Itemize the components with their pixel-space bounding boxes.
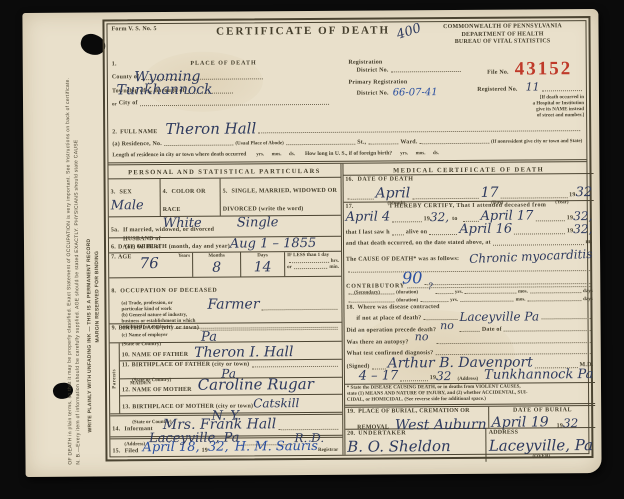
dotted-line bbox=[391, 71, 462, 72]
mother-label: NAME OF MOTHER bbox=[132, 386, 192, 394]
registered-no-value: 11 bbox=[526, 80, 540, 93]
disease-questions-section: 18. Where was disease contracted if not … bbox=[344, 302, 595, 358]
dotted-line bbox=[140, 103, 329, 105]
certify-from-year: 32, bbox=[430, 210, 449, 224]
occupation-no: 8. bbox=[111, 288, 116, 294]
dotted-line bbox=[501, 197, 568, 198]
sex-label: SEX bbox=[120, 189, 132, 195]
primary-registration-label: District No. bbox=[349, 90, 389, 98]
duration-question-mark: ? bbox=[428, 282, 433, 292]
age-no: 7. bbox=[111, 254, 116, 276]
dotted-line bbox=[420, 143, 489, 144]
occurred-label: and that death occurred, on the date sta… bbox=[346, 240, 491, 249]
m-label: m. bbox=[586, 239, 593, 247]
fullname-no: 2. bbox=[112, 129, 117, 137]
mother-value: Caroline Rugar bbox=[198, 375, 314, 394]
dod-month-value: April bbox=[375, 185, 410, 201]
margin-note: MARGIN RESERVED FOR BINDING bbox=[94, 251, 101, 343]
where-value: Laceyville Pa bbox=[459, 309, 539, 324]
occupation-value: Farmer bbox=[207, 296, 259, 312]
min-label: min. bbox=[329, 265, 339, 271]
age-months-value: 8 bbox=[195, 260, 238, 276]
cause-of-death-section: The CAUSE OF DEATH* was as follows: Chro… bbox=[344, 248, 595, 283]
birthplace-value: Pa bbox=[201, 329, 217, 344]
filed-no: 15. bbox=[112, 448, 120, 456]
dotted-line bbox=[542, 90, 582, 91]
certify-from-value: April 4 bbox=[346, 209, 391, 224]
father-value: Theron I. Hall bbox=[194, 344, 293, 361]
form-number: Form V. S. No. 5 bbox=[111, 26, 211, 34]
date-of-death-section: 16. DATE OF DEATH April 17 19 32 bbox=[343, 173, 594, 202]
length-units: yrs. mos. ds. bbox=[256, 152, 295, 158]
dotted-line bbox=[278, 429, 338, 430]
dotted-line bbox=[436, 342, 591, 344]
to-label: to bbox=[452, 216, 457, 224]
or-label: or bbox=[112, 102, 117, 108]
father-no: 10. bbox=[122, 352, 130, 360]
dotted-line bbox=[412, 197, 479, 198]
dotted-line bbox=[368, 143, 398, 144]
undertaker-cell: 20. UNDERTAKER B. O. Sheldon bbox=[345, 428, 487, 462]
dod-no: 16. bbox=[345, 177, 353, 185]
dod-year-value: 32 bbox=[576, 185, 593, 200]
informant-addr-value2: R. D. bbox=[294, 431, 324, 445]
undertaker-no: 20. bbox=[347, 430, 355, 438]
margin-note: N. B.—Every item of information should b… bbox=[73, 139, 81, 464]
registration-district-label: District No. bbox=[348, 67, 388, 75]
burial-place-label: PLACE OF BURIAL, CREMATION OR bbox=[358, 407, 470, 415]
howlong-units: yrs. mos. ds. bbox=[400, 151, 439, 157]
contributory-section: CONTRIBUTORY (Secondary) (duration) yrs.… bbox=[344, 281, 595, 304]
dotted-line bbox=[164, 145, 233, 146]
undertaker-address-cell: ADDRESS Laceyville, Pa (OVER) bbox=[487, 428, 596, 462]
place-of-death-label: PLACE OF DEATH bbox=[117, 60, 331, 69]
dotted-line bbox=[392, 221, 421, 222]
city-label: City of bbox=[119, 100, 138, 108]
dotted-line bbox=[286, 144, 355, 145]
where-label2: if not at place of death? bbox=[356, 315, 421, 323]
autopsy-label: Was there an autopsy? bbox=[346, 339, 408, 347]
registration-section: Registration District No. Primary Regist… bbox=[332, 57, 586, 117]
informant-addr-value: Laceyville, Pa bbox=[149, 431, 239, 447]
dob-value: Aug 1 – 1855 bbox=[230, 236, 316, 252]
dotted-line bbox=[201, 328, 337, 330]
signed-section: (Signed) Arthur B. Davenport M.D. 4 – 17… bbox=[345, 356, 596, 384]
occupation-label: OCCUPATION OF DECEASED bbox=[120, 288, 217, 295]
registrar-label: Registrar bbox=[318, 448, 338, 454]
file-no-label: File No. bbox=[487, 69, 509, 77]
dob-label: DATE OF BIRTH (month, day and year) bbox=[118, 243, 230, 251]
dotted-line bbox=[514, 233, 565, 234]
dob-section: 6. DATE OF BIRTH (month, day and year) A… bbox=[109, 236, 341, 253]
commonwealth-line: BUREAU OF VITAL STATISTICS bbox=[424, 38, 582, 47]
fullname-value: Theron Hall bbox=[165, 119, 256, 138]
where-no: 18. bbox=[346, 304, 354, 312]
dotted-line bbox=[541, 318, 591, 319]
dod-label: DATE OF DEATH bbox=[357, 176, 413, 184]
years-label: Years bbox=[178, 254, 190, 276]
burial-place-cell: 19. PLACE OF BURIAL, CREMATION OR REMOVA… bbox=[345, 406, 490, 428]
dotted-line bbox=[504, 330, 591, 332]
mother-bp-value-state: N. Y. bbox=[212, 408, 242, 423]
dotted-line bbox=[535, 220, 564, 221]
dotted-line bbox=[262, 309, 338, 311]
margin-note: WRITE PLAINLY WITH UNFADING INK — THIS I… bbox=[86, 239, 93, 433]
form-header: Form V. S. No. 5 CERTIFICATE OF DEATH 40… bbox=[107, 21, 585, 60]
where-label: Where was disease contracted bbox=[357, 304, 439, 312]
place-of-death-section: 1. PLACE OF DEATH County of Wyoming Town… bbox=[108, 59, 333, 119]
undertaker-address-value: Laceyville, Pa bbox=[489, 436, 594, 455]
operation-value: no bbox=[440, 319, 454, 332]
mother-bp-value-city: Catskill bbox=[253, 396, 299, 410]
file-no-stamp: 43152 bbox=[515, 62, 573, 76]
medical-column: MEDICAL CERTIFICATE OF DEATH 16. DATE OF… bbox=[343, 162, 596, 455]
over-label: (OVER) bbox=[489, 454, 594, 461]
race-label: COLOR OR RACE bbox=[163, 189, 206, 213]
death-certificate-form: Form V. S. No. 5 CERTIFICATE OF DEATH 40… bbox=[106, 20, 589, 457]
marital-no: 5. bbox=[223, 189, 228, 195]
form-border: Form V. S. No. 5 CERTIFICATE OF DEATH 40… bbox=[102, 16, 593, 461]
dotted-line bbox=[251, 365, 337, 367]
personal-column: PERSONAL AND STATISTICAL PARTICULARS 3. … bbox=[108, 164, 342, 457]
length-residence-label: Length of residence in city or town wher… bbox=[112, 152, 246, 160]
burial-place-value: West Auburn bbox=[395, 417, 487, 434]
age-label: AGE bbox=[118, 254, 132, 276]
marital2-no: 5a. bbox=[111, 227, 119, 233]
mother-no: 12. bbox=[122, 387, 130, 395]
sex-value: Male bbox=[111, 198, 158, 213]
cause-label: The CAUSE OF DEATH* was as follows: bbox=[346, 256, 459, 264]
lastsaw-year-value: 32, bbox=[573, 222, 592, 236]
dateof-label: Date of bbox=[482, 326, 502, 334]
certificate-title: CERTIFICATE OF DEATH bbox=[211, 24, 394, 37]
age-years-value: 76 bbox=[140, 254, 159, 276]
dotted-line bbox=[289, 262, 329, 263]
informant-no: 14. bbox=[112, 426, 120, 434]
photo-background: MARGIN RESERVED FOR BINDING WRITE PLAINL… bbox=[0, 0, 624, 499]
parents-side-label: Parents bbox=[110, 343, 120, 413]
marital-label: SINGLE, MARRIED, WIDOWED OR DIVORCED (wr… bbox=[223, 188, 337, 213]
footnote: * State the DISEASE CAUSING DEATH, or in… bbox=[345, 382, 596, 405]
filed-label: Filed bbox=[125, 448, 139, 456]
autopsy-value: no bbox=[415, 330, 429, 343]
dod-day-value: 17 bbox=[481, 184, 499, 200]
marital2-label: If married, widowed, or divorced bbox=[123, 227, 214, 234]
certify-to-year: 32, bbox=[573, 209, 592, 223]
dotted-line bbox=[294, 268, 327, 269]
birthplace-label: BIRTHPLACE (city or town) bbox=[118, 325, 199, 333]
signed-year-value: 32 bbox=[436, 369, 451, 383]
father-bp-value: Pa bbox=[221, 366, 236, 380]
signed-date-value: 4 – 17 bbox=[359, 368, 399, 383]
mother-bp-no: 13. bbox=[122, 404, 130, 412]
lastsaw-label: that I last saw h bbox=[346, 229, 390, 237]
birthplace-section: 9. BIRTHPLACE (city or town) (State or C… bbox=[110, 322, 342, 343]
father-bp-no: 11. bbox=[122, 362, 130, 370]
borough-value: Tunkhannock bbox=[117, 81, 213, 98]
margin-note: OF DEATH in plain terms, so that it may … bbox=[65, 78, 74, 465]
certificate-paper: MARGIN RESERVED FOR BINDING WRITE PLAINL… bbox=[22, 9, 601, 477]
dotted-line bbox=[429, 233, 457, 234]
lastsaw-date-value: April 16 bbox=[459, 221, 512, 236]
lastsaw-label2: alive on bbox=[406, 229, 427, 237]
howlong-label: How long in U. S., if of foreign birth? bbox=[305, 151, 392, 158]
occupation-section: 8. OCCUPATION OF DECEASED (a) Trade, pro… bbox=[109, 276, 341, 324]
certify-section: 17. I HEREBY CERTIFY, That I attended de… bbox=[343, 200, 594, 249]
burial-no: 19. bbox=[347, 408, 355, 416]
ward-label: Ward. bbox=[400, 139, 417, 147]
burial-date-cell: DATE OF BURIAL April 19 19 32 bbox=[490, 406, 596, 428]
penciled-number: 400 bbox=[395, 21, 423, 43]
st-label: St., bbox=[357, 139, 366, 147]
signed-address-value: Tunkhannock Pa bbox=[484, 367, 593, 383]
dob-no: 6. bbox=[111, 244, 116, 252]
dotted-line bbox=[347, 198, 373, 199]
dotted-line bbox=[392, 234, 404, 235]
birthplace-no: 9. bbox=[112, 325, 117, 333]
dotted-line bbox=[493, 244, 584, 246]
undertaker-value: B. O. Sheldon bbox=[347, 437, 484, 456]
dotted-line bbox=[407, 286, 591, 288]
sex-no: 3. bbox=[111, 189, 116, 195]
registered-no-label: Registered No. bbox=[477, 86, 517, 94]
primary-registration-value: 66-07-41 bbox=[393, 87, 438, 98]
marital2-section: 5a. If married, widowed, or divorced HUS… bbox=[109, 215, 341, 238]
dotted-line bbox=[460, 331, 480, 332]
father-label: NAME OF FATHER bbox=[132, 351, 188, 359]
race-no: 4. bbox=[163, 189, 168, 195]
or-label: or bbox=[287, 265, 292, 271]
age-days-value: 14 bbox=[243, 259, 282, 275]
commonwealth-line: COMMONWEALTH OF PENNSYLVANIA bbox=[423, 23, 581, 32]
dotted-line bbox=[400, 380, 427, 381]
